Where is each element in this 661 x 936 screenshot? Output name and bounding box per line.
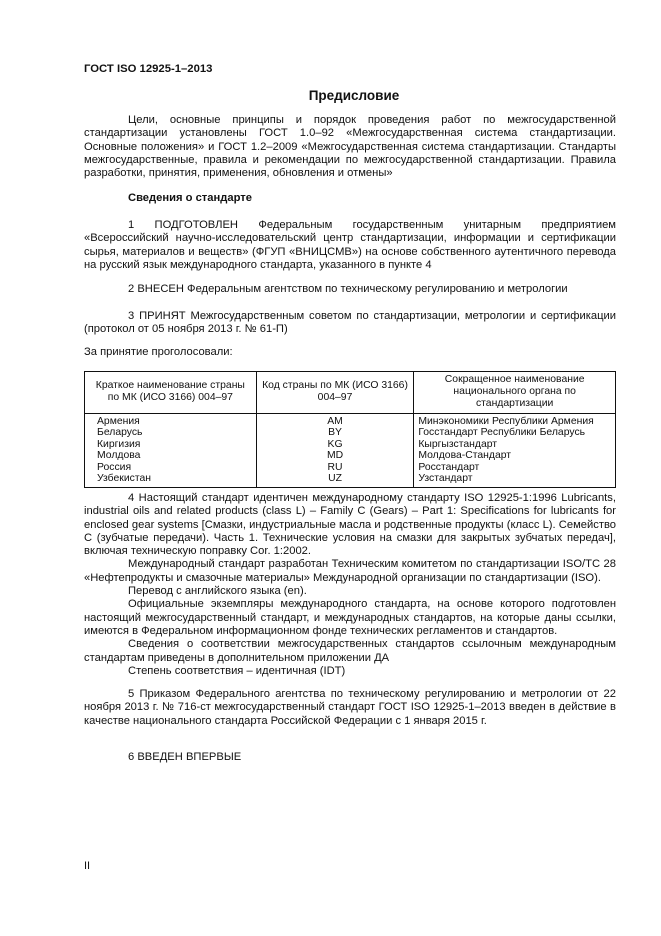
voted-label: За принятие проголосовали: bbox=[84, 346, 616, 359]
item-2-block: 2 ВНЕСЕН Федеральным агентством по техни… bbox=[84, 283, 616, 296]
country-code: MD bbox=[256, 450, 414, 461]
table-row: Киргизия KG Кыргызстандарт bbox=[85, 439, 616, 450]
intro-paragraph: Цели, основные принципы и порядок провед… bbox=[84, 114, 616, 180]
item-6-block: 6 ВВЕДЕН ВПЕРВЫЕ bbox=[84, 751, 616, 764]
page-title: Предисловие bbox=[84, 88, 624, 103]
item-4-correspondence: Сведения о соответствии межгосударственн… bbox=[84, 638, 616, 665]
member-states-table: Краткое наименование страны по МК (ИСО 3… bbox=[84, 371, 616, 488]
document-code: ГОСТ ISO 12925-1–2013 bbox=[84, 63, 212, 75]
item-4-block: 4 Настоящий стандарт идентичен междунаро… bbox=[84, 492, 616, 678]
country-code: AM bbox=[256, 414, 414, 428]
item-3-paragraph: 3 ПРИНЯТ Межгосударственным советом по с… bbox=[84, 310, 616, 337]
item-4-degree: Степень соответствия – идентичная (IDT) bbox=[84, 665, 616, 678]
table-row: Беларусь BY Госстандарт Республики Белар… bbox=[85, 427, 616, 438]
country-code: RU bbox=[256, 462, 414, 473]
item-1-paragraph: 1 ПОДГОТОВЛЕН Федеральным государственны… bbox=[84, 219, 616, 272]
voted-block: За принятие проголосовали: bbox=[84, 346, 616, 359]
standards-body: Молдова-Стандарт bbox=[414, 450, 616, 461]
header-country-code: Код страны по МК (ИСО 3166) 004–97 bbox=[256, 372, 414, 414]
country-name: Армения bbox=[85, 414, 257, 428]
standards-body: Росстандарт bbox=[414, 462, 616, 473]
item-4-translation: Перевод с английского языка (en). bbox=[84, 585, 616, 598]
country-code: BY bbox=[256, 427, 414, 438]
country-name: Узбекистан bbox=[85, 473, 257, 488]
table-row: Армения AM Минэкономики Республики Армен… bbox=[85, 414, 616, 428]
header-country-name: Краткое наименование страны по МК (ИСО 3… bbox=[85, 372, 257, 414]
section-heading-block: Сведения о стандарте bbox=[84, 192, 616, 205]
country-name: Россия bbox=[85, 462, 257, 473]
standards-body: Госстандарт Республики Беларусь bbox=[414, 427, 616, 438]
standards-body: Узстандарт bbox=[414, 473, 616, 488]
item-4-committee: Международный стандарт разработан Технич… bbox=[84, 558, 616, 585]
country-code: KG bbox=[256, 439, 414, 450]
item-1-block: 1 ПОДГОТОВЛЕН Федеральным государственны… bbox=[84, 219, 616, 272]
item-4-official-copies: Официальные экземпляры международного ст… bbox=[84, 598, 616, 638]
table-row: Молдова MD Молдова-Стандарт bbox=[85, 450, 616, 461]
country-code: UZ bbox=[256, 473, 414, 488]
item-5-block: 5 Приказом Федерального агентства по тех… bbox=[84, 688, 616, 728]
country-name: Киргизия bbox=[85, 439, 257, 450]
section-heading: Сведения о стандарте bbox=[84, 192, 616, 205]
country-name: Молдова bbox=[85, 450, 257, 461]
item-3-block: 3 ПРИНЯТ Межгосударственным советом по с… bbox=[84, 310, 616, 337]
item-4-paragraph: 4 Настоящий стандарт идентичен междунаро… bbox=[84, 492, 616, 558]
document-page: ГОСТ ISO 12925-1–2013 Предисловие Цели, … bbox=[0, 0, 661, 936]
country-name: Беларусь bbox=[85, 427, 257, 438]
intro-section: Цели, основные принципы и порядок провед… bbox=[84, 114, 616, 180]
standards-body: Кыргызстандарт bbox=[414, 439, 616, 450]
item-6-paragraph: 6 ВВЕДЕН ВПЕРВЫЕ bbox=[84, 751, 616, 764]
table-row: Россия RU Росстандарт bbox=[85, 462, 616, 473]
standards-body: Минэкономики Республики Армения bbox=[414, 414, 616, 428]
table-row: Узбекистан UZ Узстандарт bbox=[85, 473, 616, 488]
table-header-row: Краткое наименование страны по МК (ИСО 3… bbox=[85, 372, 616, 414]
header-standards-body: Сокращенное наименование национального о… bbox=[414, 372, 616, 414]
page-number: II bbox=[84, 860, 90, 872]
item-2-paragraph: 2 ВНЕСЕН Федеральным агентством по техни… bbox=[84, 283, 616, 296]
item-5-paragraph: 5 Приказом Федерального агентства по тех… bbox=[84, 688, 616, 728]
